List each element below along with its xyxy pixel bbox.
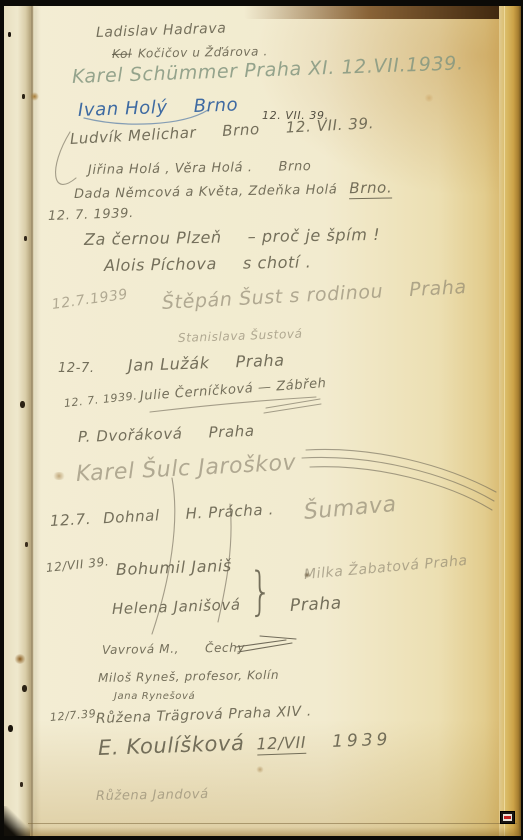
name2-text: H. Prácha . [185, 500, 274, 523]
names-text: Jiřina Holá , Věra Holá . [88, 160, 253, 178]
marker-red-bar [504, 816, 511, 819]
stain [30, 92, 39, 101]
place-text: Praha [208, 422, 255, 442]
binding-crease [31, 6, 33, 836]
name-text: P. Dvořáková [78, 424, 183, 446]
name-text: Ivan Holý [78, 97, 168, 121]
page-stack-edge [499, 6, 521, 836]
marker-inner [503, 814, 512, 821]
signature-jan-luzak: Jan LužákPraha [128, 353, 285, 374]
date-ruzena-tragrova: 12/7.39. [50, 708, 101, 723]
inscription-note: – proč je špím ! [248, 225, 381, 246]
date-text: 12.7. [50, 510, 92, 530]
flourish-underline [264, 404, 321, 413]
flourish-curve [302, 457, 494, 501]
place-sumava: Šumava [303, 494, 397, 524]
struck-word: Kol [112, 47, 132, 61]
signature-kocicov: KolKočičov u Žďárova . [112, 45, 268, 60]
signature-p-dvorakova: P. DvořákováPraha [78, 424, 255, 445]
name-text: E. Koulíšková [98, 731, 245, 760]
signature-ruzena-jandova: Růžena Jandová [96, 788, 209, 803]
name-text: Alois Píchova [104, 254, 217, 275]
signature-vavrova: Vavrová M.,Čechy [102, 642, 245, 656]
signature-ruzena-tragrova: Růžena Trägrová Praha XIV . [96, 704, 312, 726]
place-underlined: Brno. [349, 178, 392, 199]
paper: Ladislav Hadrava KolKočičov u Žďárova . … [4, 6, 521, 836]
date-jan-luzak: 12-7. [58, 362, 95, 375]
inscription-text: Za černou Plzeň [84, 228, 222, 249]
signature-jana-rynesova: Jana Rynešová [114, 692, 195, 702]
date-12-7-1939: 12. 7. 1939. [48, 207, 134, 223]
bottom-page-line [28, 823, 517, 824]
signature-ladislav-hadrava: Ladislav Hadrava [96, 21, 227, 40]
red-minus-marker-icon [500, 811, 515, 824]
place-text: Kočičov u Žďárova . [138, 44, 268, 60]
scanned-guestbook-page: Ladislav Hadrava KolKočičov u Žďárova . … [0, 0, 523, 840]
signature-e-kouliskova: E. Koulíšková12/VII1939 [98, 728, 392, 759]
flourish-curve [306, 449, 496, 492]
note-text: s chotí . [243, 252, 312, 272]
stain [424, 94, 434, 102]
burnt-top-edge [244, 6, 521, 19]
place-text: Praha [235, 351, 285, 372]
stain [256, 766, 264, 773]
date-stepan-sust: 12.7.1939 [51, 287, 129, 312]
place-text: Praha [409, 276, 468, 301]
signature-ludvik-melichar: Ludvík MelicharBrno12. VII. 39. [70, 116, 375, 147]
signature-ivan-holy: Ivan HolýBrno [78, 96, 239, 120]
signature-milka-zabatova: Milka Žabatová Praha [303, 554, 468, 582]
signature-stanislava-sustova: Stanislava Šustová [178, 328, 303, 344]
name-text: Ludvík Melichar [70, 123, 197, 148]
signature-milos-rynes: Miloš Ryneš, profesor, Kolín [98, 669, 279, 684]
signature-jirina-vera-hola: Jiřina Holá , Věra Holá .Brno [88, 160, 312, 177]
date-julie-cernickova: 12. 7. 1939. [63, 390, 137, 409]
stain [52, 472, 66, 480]
signature-stepan-sust: Štěpán Šust s rodinouPraha [162, 278, 468, 313]
bottom-shadow [4, 827, 521, 836]
bottom-left-corner-shadow [4, 806, 30, 836]
page-edge-highlight [504, 6, 505, 836]
place-text: Brno [222, 120, 260, 140]
book-spine [4, 6, 34, 836]
date-janis: 12/VII 39. [45, 555, 109, 574]
inscription-za-cernou-plzen: Za černou Plzeň– proč je špím ! [84, 227, 380, 248]
date-text: 12. VII. 39. [285, 114, 374, 137]
binding-stitch-specks [22, 94, 25, 99]
year-text: 1939 [332, 730, 392, 752]
date-text: 12/VII [256, 733, 306, 756]
name-text: Jan Lužák [128, 353, 210, 375]
place-text: Brno [278, 159, 311, 175]
note-text: Čechy [205, 641, 245, 656]
signature-dohnal-pracha: 12.7.DohnalH. Prácha . [50, 502, 275, 529]
place-praha-janis: Praha [290, 595, 343, 615]
signature-helena-janisova: Helena Janišová [112, 598, 241, 617]
couple-brace: } [249, 562, 272, 622]
place-text: Brno [193, 94, 238, 117]
names-text: Dada Němcová a Květa, Zdeňka Holá [74, 182, 338, 202]
signature-julie-cernickova: Julie Černíčková — Zábřeh [140, 377, 327, 403]
name-text: Štěpán Šust s rodinou [161, 280, 383, 314]
signature-bohumil-janis: Bohumil Janiš [116, 558, 232, 578]
signature-nemcova-hola: Dada Němcová a Květa, Zdeňka HoláBrno. [74, 180, 393, 201]
flourish-underline [266, 399, 320, 408]
name-text: Dohnal [103, 506, 161, 527]
signature-karel-sulc: Karel Šulc Jaroškov [75, 452, 296, 486]
signature-alois-pichova: Alois Píchovas chotí . [104, 254, 312, 274]
name-text: Vavrová M., [102, 642, 179, 657]
stain [14, 654, 26, 664]
